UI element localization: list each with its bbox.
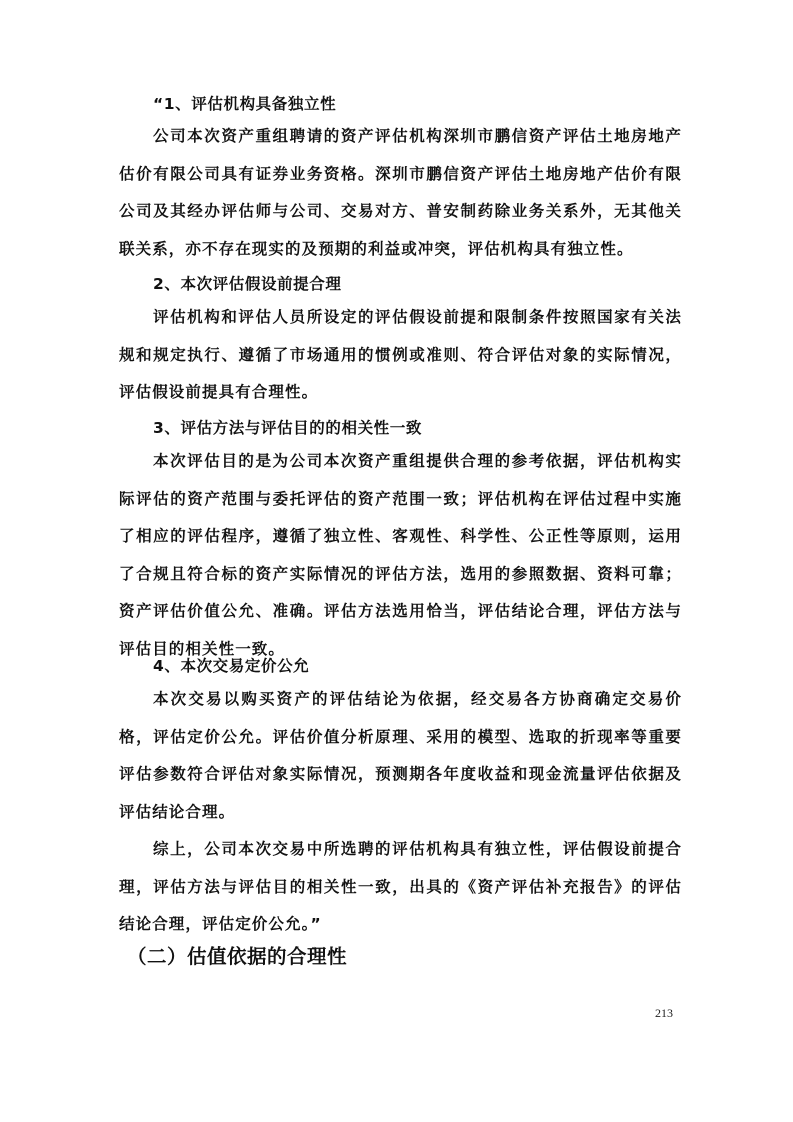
paragraph-conclusion: 综上，公司本次交易中所选聘的评估机构具有独立性，评估假设前提合理，评估方法与评估… [119, 831, 682, 944]
section-heading-valuation-basis: （二）估值依据的合理性 [127, 943, 347, 971]
subheading-fair-pricing: 4、本次交易定价公允 [119, 656, 309, 676]
subheading-independence: “1、评估机构具备独立性 [119, 94, 336, 114]
paragraph-independence: 公司本次资产重组聘请的资产评估机构深圳市鹏信资产评估土地房地产估价有限公司具有证… [119, 118, 682, 268]
paragraph-fair-pricing: 本次交易以购买资产的评估结论为依据，经交易各方协商确定交易价格，评估定价公允。评… [119, 681, 682, 831]
subheading-assumptions: 2、本次评估假设前提合理 [119, 274, 342, 294]
paragraph-assumptions: 评估机构和评估人员所设定的评估假设前提和限制条件按照国家有关法规和规定执行、遵循… [119, 299, 682, 412]
subheading-method-relevance: 3、评估方法与评估目的的相关性一致 [119, 418, 422, 438]
page-number: 213 [655, 1006, 673, 1021]
paragraph-method-relevance: 本次评估目的是为公司本次资产重组提供合理的参考依据，评估机构实际评估的资产范围与… [119, 443, 682, 668]
